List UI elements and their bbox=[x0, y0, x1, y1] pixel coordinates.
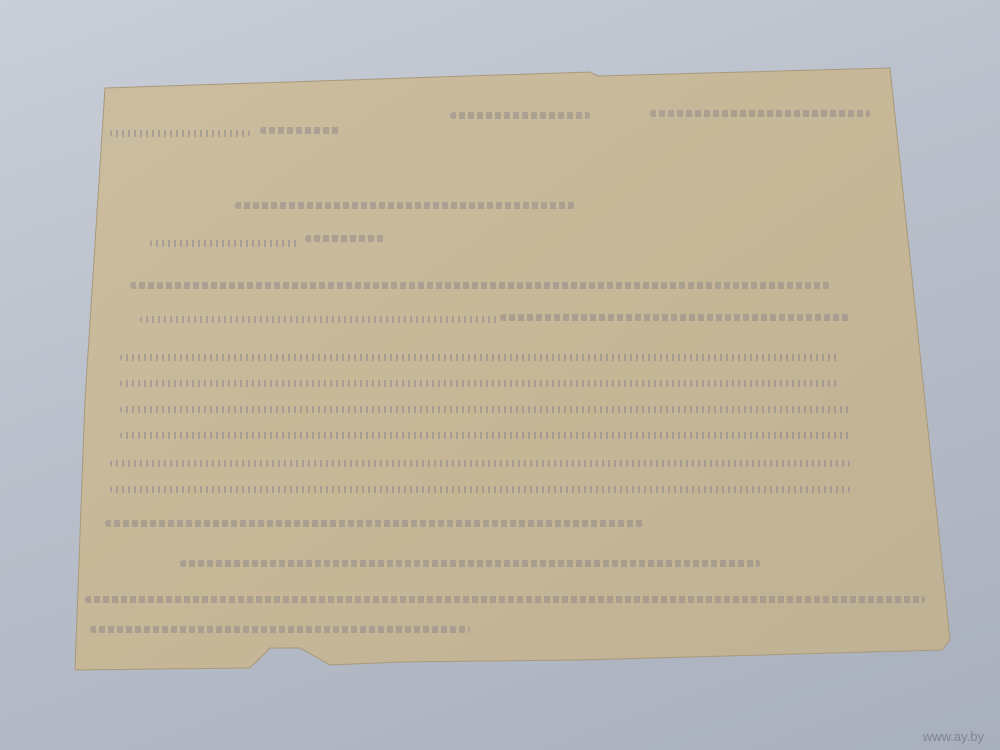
watermark: www.ay.by bbox=[923, 729, 984, 744]
